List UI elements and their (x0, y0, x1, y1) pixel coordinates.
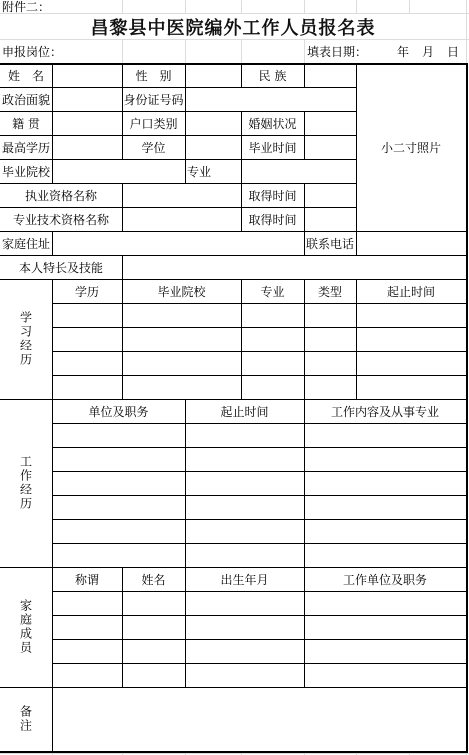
section-remarks-label: 备注 (18, 705, 35, 733)
edu-row-4-degree[interactable] (52, 375, 122, 399)
label-political-status: 政治面貌 (0, 87, 52, 111)
input-remarks[interactable] (52, 687, 466, 751)
label-marital-status: 婚姻状况 (241, 111, 304, 135)
section-education-label: 学习经历 (18, 311, 35, 367)
input-practice-qualification[interactable] (122, 183, 241, 207)
label-practice-qualification: 执业资格名称 (0, 183, 122, 207)
work-row-4-period[interactable] (185, 495, 304, 519)
fam-row-3-birth[interactable] (185, 639, 304, 663)
date-month[interactable]: 月 (420, 40, 436, 63)
label-graduation-time: 毕业时间 (241, 135, 304, 159)
work-row-6-content[interactable] (304, 543, 466, 567)
input-id-number[interactable] (185, 87, 356, 111)
section-family: 家庭成员 (0, 567, 52, 687)
work-row-3-period[interactable] (185, 471, 304, 495)
work-row-3-unit[interactable] (52, 471, 185, 495)
edu-row-4-type[interactable] (304, 375, 356, 399)
label-ethnicity: 民 族 (241, 63, 304, 87)
section-remarks: 备注 (0, 687, 52, 751)
fam-row-4-birth[interactable] (185, 663, 304, 687)
work-row-5-unit[interactable] (52, 519, 185, 543)
fam-col-name: 姓名 (122, 567, 185, 591)
input-technical-qualification[interactable] (122, 207, 241, 231)
section-family-label: 家庭成员 (18, 599, 35, 655)
input-degree[interactable] (185, 135, 241, 159)
section-education: 学习经历 (0, 279, 52, 399)
fam-row-4-relation[interactable] (52, 663, 122, 687)
input-native-place[interactable] (52, 111, 122, 135)
work-row-6-unit[interactable] (52, 543, 185, 567)
input-name[interactable] (52, 63, 122, 87)
date-day[interactable]: 日 (445, 40, 461, 63)
label-id-number: 身份证号码 (122, 87, 185, 111)
work-row-5-content[interactable] (304, 519, 466, 543)
work-row-2-unit[interactable] (52, 447, 185, 471)
input-political-status[interactable] (52, 87, 122, 111)
work-row-5-period[interactable] (185, 519, 304, 543)
label-home-address: 家庭住址 (0, 231, 52, 255)
photo-box[interactable]: 小二寸照片 (356, 63, 466, 231)
section-work-label: 工作经历 (18, 455, 35, 511)
fam-row-3-name[interactable] (122, 639, 185, 663)
fam-col-workplace: 工作单位及职务 (304, 567, 466, 591)
fam-row-1-workplace[interactable] (304, 591, 466, 615)
label-graduated-school: 毕业院校 (0, 159, 52, 183)
edu-col-major: 专业 (241, 279, 304, 303)
fam-row-2-birth[interactable] (185, 615, 304, 639)
page-title: 昌黎县中医院编外工作人员报名表 (1, 14, 465, 39)
edu-col-degree: 学历 (52, 279, 122, 303)
edu-row-2-major[interactable] (241, 327, 304, 351)
work-col-unit: 单位及职务 (52, 399, 185, 423)
input-major[interactable] (241, 159, 356, 183)
input-ethnicity[interactable] (304, 63, 356, 87)
edu-row-1-type[interactable] (304, 303, 356, 327)
edu-row-1-school[interactable] (122, 303, 241, 327)
edu-row-3-type[interactable] (304, 351, 356, 375)
input-obtain-time-2[interactable] (304, 207, 356, 231)
input-obtain-time-1[interactable] (304, 183, 356, 207)
work-row-3-content[interactable] (304, 471, 466, 495)
edu-row-1-period[interactable] (356, 303, 466, 327)
work-row-1-content[interactable] (304, 423, 466, 447)
work-row-2-content[interactable] (304, 447, 466, 471)
edu-row-1-degree[interactable] (52, 303, 122, 327)
edu-col-school: 毕业院校 (122, 279, 241, 303)
fam-row-3-relation[interactable] (52, 639, 122, 663)
edu-row-4-school[interactable] (122, 375, 241, 399)
input-hukou-type[interactable] (185, 111, 241, 135)
label-gender: 性 别 (122, 63, 185, 87)
label-phone: 联系电话 (304, 231, 356, 255)
work-row-4-unit[interactable] (52, 495, 185, 519)
fam-row-1-relation[interactable] (52, 591, 122, 615)
work-row-4-content[interactable] (304, 495, 466, 519)
label-native-place: 籍 贯 (0, 111, 52, 135)
fam-col-birth: 出生年月 (185, 567, 304, 591)
fam-row-3-workplace[interactable] (304, 639, 466, 663)
edu-row-1-major[interactable] (241, 303, 304, 327)
edu-row-4-period[interactable] (356, 375, 466, 399)
edu-row-3-school[interactable] (122, 351, 241, 375)
label-obtain-time-2: 取得时间 (241, 207, 304, 231)
edu-row-2-school[interactable] (122, 327, 241, 351)
work-row-1-unit[interactable] (52, 423, 185, 447)
edu-row-3-degree[interactable] (52, 351, 122, 375)
label-degree: 学位 (122, 135, 185, 159)
position-label: 申报岗位： (0, 40, 120, 63)
edu-col-type: 类型 (304, 279, 356, 303)
work-col-content: 工作内容及从事专业 (304, 399, 466, 423)
label-technical-qualification: 专业技术资格名称 (0, 207, 122, 231)
work-row-6-period[interactable] (185, 543, 304, 567)
edu-row-2-period[interactable] (356, 327, 466, 351)
input-phone[interactable] (356, 231, 466, 255)
work-col-period: 起止时间 (185, 399, 304, 423)
fam-col-relation: 称谓 (52, 567, 122, 591)
input-marital-status[interactable] (304, 111, 356, 135)
fam-row-2-workplace[interactable] (304, 615, 466, 639)
label-highest-education: 最高学历 (0, 135, 52, 159)
fam-row-4-workplace[interactable] (304, 663, 466, 687)
input-home-address[interactable] (52, 231, 304, 255)
date-year[interactable]: 年 (395, 40, 411, 63)
edu-row-2-degree[interactable] (52, 327, 122, 351)
work-row-2-period[interactable] (185, 447, 304, 471)
section-work: 工作经历 (0, 399, 52, 567)
fam-row-2-relation[interactable] (52, 615, 122, 639)
input-highest-education[interactable] (52, 135, 122, 159)
edu-row-4-major[interactable] (241, 375, 304, 399)
label-skills: 本人特长及技能 (0, 255, 122, 279)
fam-row-1-name[interactable] (122, 591, 185, 615)
fam-row-2-name[interactable] (122, 615, 185, 639)
fam-row-1-birth[interactable] (185, 591, 304, 615)
date-label: 填表日期： (305, 40, 395, 63)
work-row-1-period[interactable] (185, 423, 304, 447)
input-graduation-time[interactable] (304, 135, 356, 159)
label-obtain-time-1: 取得时间 (241, 183, 304, 207)
attachment-label: 附件二： (0, 0, 120, 13)
input-gender[interactable] (185, 63, 241, 87)
input-skills[interactable] (122, 255, 466, 279)
input-graduated-school[interactable] (52, 159, 185, 183)
edu-row-2-type[interactable] (304, 327, 356, 351)
label-hukou-type: 户口类别 (122, 111, 185, 135)
label-major: 专业 (185, 159, 241, 183)
fam-row-4-name[interactable] (122, 663, 185, 687)
edu-row-3-period[interactable] (356, 351, 466, 375)
edu-row-3-major[interactable] (241, 351, 304, 375)
edu-col-period: 起止时间 (356, 279, 466, 303)
label-name: 姓 名 (0, 63, 52, 87)
